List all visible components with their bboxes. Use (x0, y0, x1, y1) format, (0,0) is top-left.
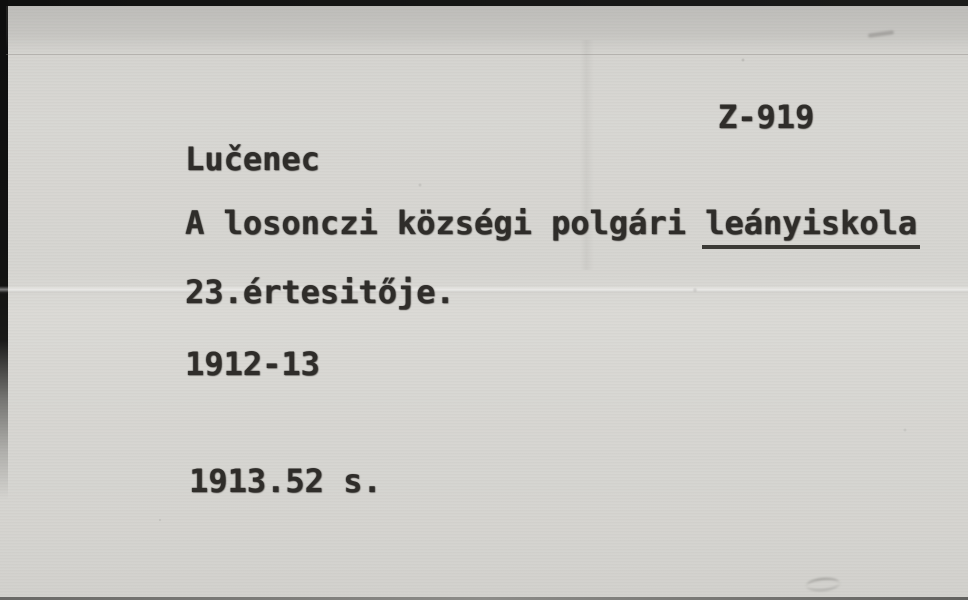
title-underlined-word: leányiskola (702, 204, 920, 249)
call-number: Z-919 (718, 98, 814, 136)
publication-pagination-line: 1913.52 s. (112, 424, 382, 538)
issue-number-text: 23.értesitője. (185, 273, 455, 311)
publication-pagination-text: 1913.52 s. (189, 462, 382, 500)
school-years-line: 1912-13 (108, 307, 320, 421)
catalog-card-scan: Lučenec Z-919 A losonczi községi polgári… (0, 0, 968, 600)
school-years-text: 1912-13 (185, 345, 320, 383)
